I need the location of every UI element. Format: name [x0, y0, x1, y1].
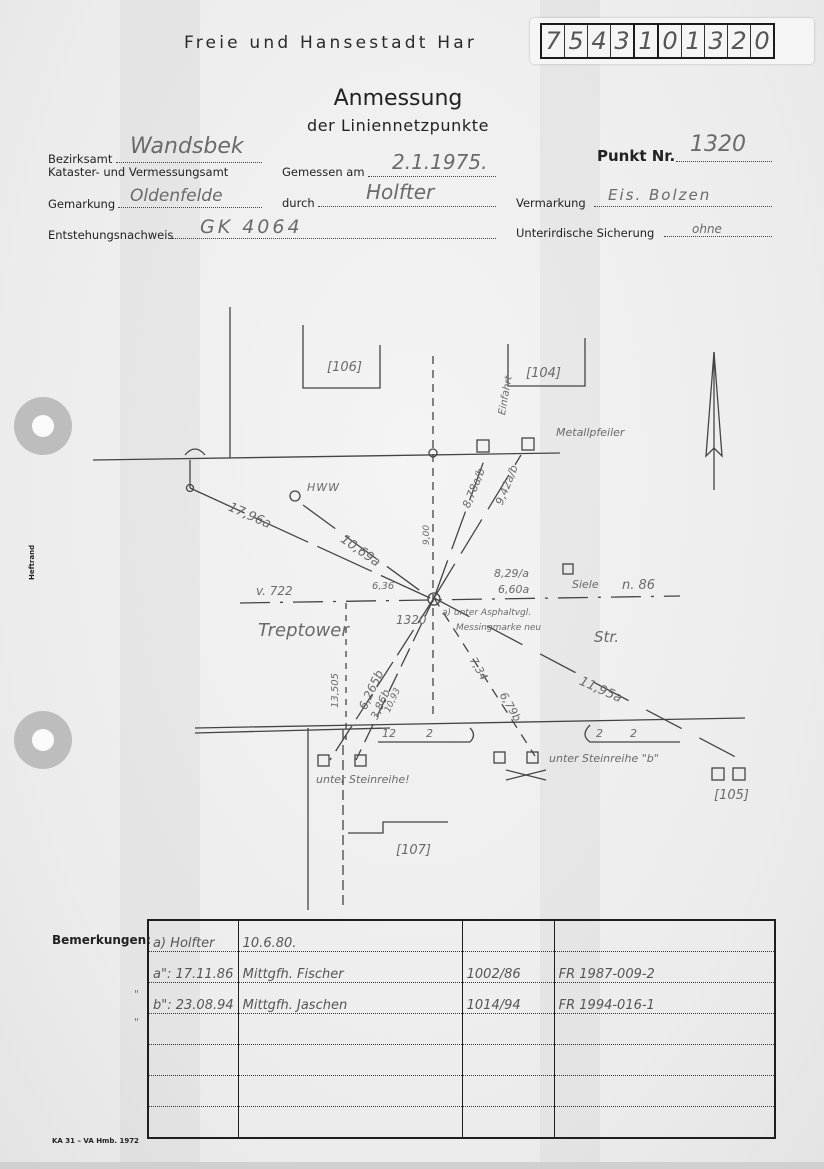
remarks-cell: 1002/86: [462, 952, 554, 983]
point-number-label: 1320: [396, 613, 427, 627]
remarks-cell: b": 23.08.94: [148, 983, 238, 1014]
remarks-cell: [554, 920, 775, 952]
remarks-cell: [238, 1013, 462, 1044]
remarks-cell: [554, 1013, 775, 1044]
remarks-cell: Mittgfh. Fischer: [238, 952, 462, 983]
remarks-cell: a) Holfter: [148, 920, 238, 952]
remarks-cell: a": 17.11.86: [148, 952, 238, 983]
remarks-cell: [148, 1075, 238, 1106]
remarks-cell: [462, 1075, 554, 1106]
note-a-line1: a) unter Asphaltvgl.: [442, 608, 531, 618]
remarks-cell: [554, 1044, 775, 1075]
curb-2: 2: [426, 727, 433, 740]
table-row: a": 17.11.86 Mittgfh. Fischer 1002/86 FR…: [148, 952, 775, 983]
siele-label: Siele: [572, 578, 599, 591]
parcel-107: [107]: [396, 843, 431, 858]
remarks-cell: [238, 1106, 462, 1138]
measure-636: 6,36: [372, 581, 394, 592]
survey-form-page: Freie und Hansestadt Har 7 5 4 3 1 0 1 3…: [0, 0, 824, 1169]
table-row: [148, 1075, 775, 1106]
table-row: [148, 1044, 775, 1075]
table-row: b": 23.08.94 Mittgfh. Jaschen 1014/94 FR…: [148, 983, 775, 1014]
remarks-cell: 1014/94: [462, 983, 554, 1014]
remarks-cell: [462, 1044, 554, 1075]
parcel-106: [106]: [327, 360, 362, 375]
curb-12: 12: [382, 727, 396, 740]
from-label: v. 722: [256, 584, 293, 598]
note-a-line2: Messingmarke neu: [456, 623, 541, 633]
remarks-cell: 10.6.80.: [238, 920, 462, 952]
remarks-cell: [462, 920, 554, 952]
table-row: [148, 1013, 775, 1044]
remarks-cell: [238, 1075, 462, 1106]
remarks-table: a) Holfter 10.6.80. a": 17.11.86 Mittgfh…: [147, 919, 776, 1139]
to-label: n. 86: [622, 578, 655, 593]
survey-sketch: [0, 0, 824, 910]
remarks-cell: [554, 1106, 775, 1138]
measure-13505: 13,505: [330, 673, 341, 708]
remarks-cell: [462, 1106, 554, 1138]
street-name-treptower: Treptower: [258, 620, 349, 641]
metallpfeiler-label: Metallpfeiler: [556, 426, 624, 439]
remarks-cell: [148, 1106, 238, 1138]
ditto-mark: ": [134, 988, 139, 1001]
remarks-cell: [148, 1013, 238, 1044]
remarks-label: Bemerkungen:: [52, 933, 151, 947]
curb-2: 2: [596, 727, 603, 740]
remarks-cell: FR 1994-016-1: [554, 983, 775, 1014]
hww-label: HWW: [307, 481, 340, 494]
steinreihe-note-1: unter Steinreihe!: [316, 773, 410, 786]
remarks-cell: Mittgfh. Jaschen: [238, 983, 462, 1014]
remarks-cell: [148, 1044, 238, 1075]
measure-829: 8,29/a: [494, 567, 529, 580]
curb-2: 2: [630, 727, 637, 740]
page-edge: [0, 1162, 824, 1169]
remarks-cell: [462, 1013, 554, 1044]
steinreihe-note-2: unter Steinreihe "b": [549, 752, 659, 765]
street-name-str: Str.: [594, 628, 619, 646]
remarks-cell: [554, 1075, 775, 1106]
measure-900: 9,00: [422, 525, 432, 545]
remarks-cell: FR 1987-009-2: [554, 952, 775, 983]
ditto-mark: ": [134, 1016, 139, 1029]
table-row: a) Holfter 10.6.80.: [148, 920, 775, 952]
parcel-104: [104]: [526, 366, 561, 381]
remarks-cell: [238, 1044, 462, 1075]
parcel-105: [105]: [714, 788, 749, 803]
form-code: KA 31 – VA Hmb. 1972: [52, 1137, 139, 1145]
measure-660: 6,60a: [498, 583, 529, 596]
table-row: [148, 1106, 775, 1138]
